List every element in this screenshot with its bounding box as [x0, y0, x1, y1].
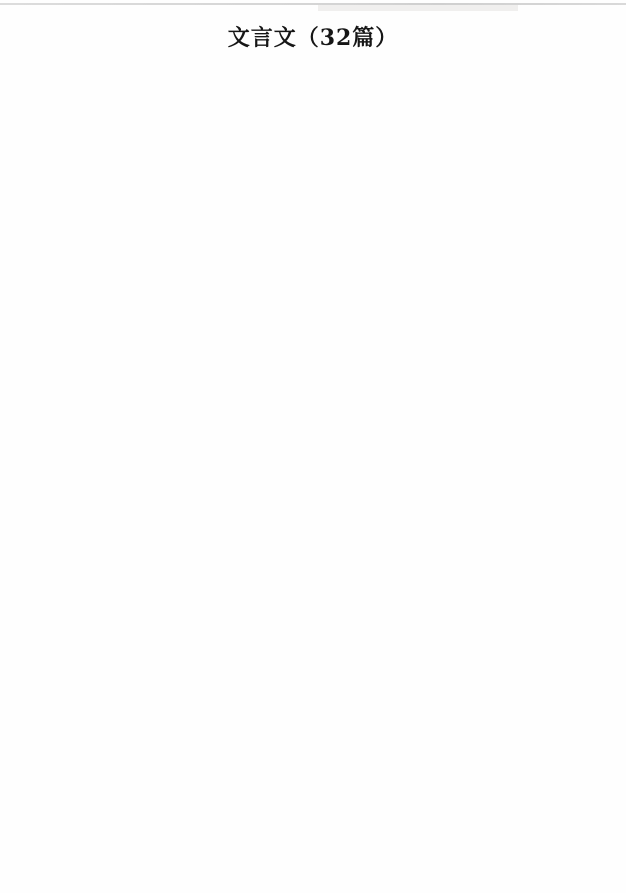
page-top-edge-artifact	[0, 3, 626, 5]
page-title: 文言文（32篇）	[0, 0, 626, 52]
scan-smudge	[318, 5, 518, 11]
document-page: 文言文（32篇）	[0, 0, 626, 893]
